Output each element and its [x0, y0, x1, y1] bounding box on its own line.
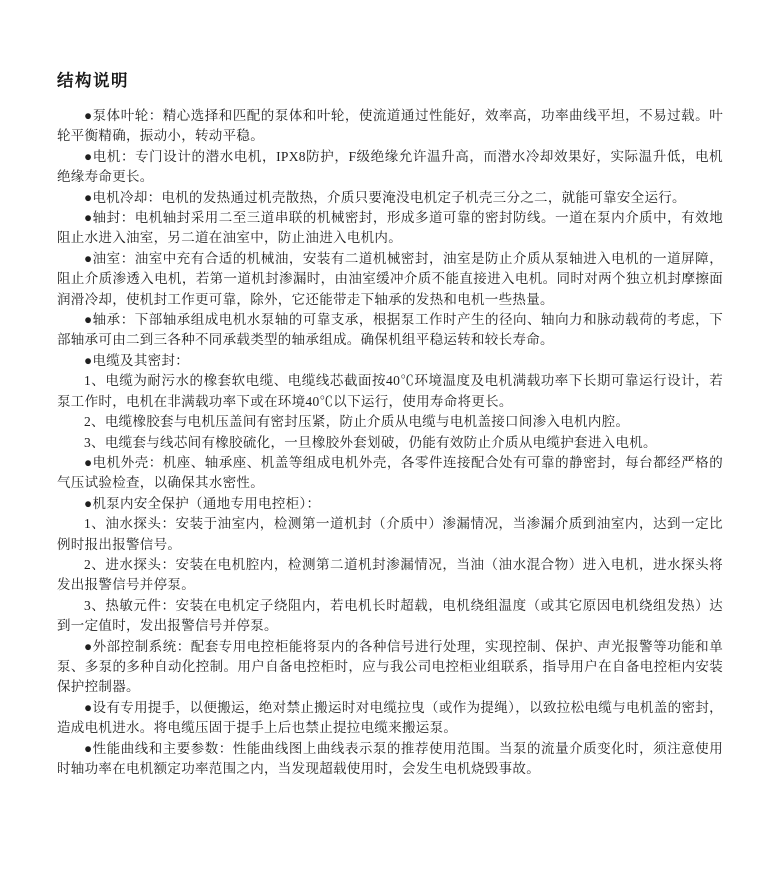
para-oil-chamber: ●油室：油室中充有合适的机械油，安装有二道机械密封，油室是防止介质从泵轴进入电机…	[57, 249, 723, 310]
para-cable-item-1: 1、电缆为耐污水的橡套软电缆、电缆线芯截面按40℃环境温度及电机满载功率下长期可…	[57, 371, 723, 412]
para-cable-seal-heading: ●电缆及其密封：	[57, 351, 723, 371]
document-body: ●泵体叶轮：精心选择和匹配的泵体和叶轮，使流道通过性能好，效率高，功率曲线平坦，…	[57, 106, 723, 779]
para-lifting-handle: ●设有专用提手，以便搬运，绝对禁止搬运时对电缆拉曳（或作为提绳），以致拉松电缆与…	[57, 698, 723, 739]
para-motor-housing: ●电机外壳：机座、轴承座、机盖等组成电机外壳，各零件连接配合处有可靠的静密封，每…	[57, 453, 723, 494]
para-cable-item-2: 2、电缆橡胶套与电机压盖间有密封压紧，防止介质从电缆与电机盖接口间渗入电机内腔。	[57, 412, 723, 432]
para-motor-cooling: ●电机冷却：电机的发热通过机壳散热，介质只要淹没电机定子机壳三分之二，就能可靠安…	[57, 188, 723, 208]
para-thermal-element: 3、热敏元件：安装在电机定子绕阻内，若电机长时超载，电机绕组温度（或其它原因电机…	[57, 596, 723, 637]
para-safety-protection-heading: ●机泵内安全保护（通地专用电控柜）：	[57, 494, 723, 514]
para-pump-body-impeller: ●泵体叶轮：精心选择和匹配的泵体和叶轮，使流道通过性能好，效率高，功率曲线平坦，…	[57, 106, 723, 147]
para-water-ingress-probe: 2、进水探头：安装在电机腔内，检测第二道机封渗漏情况，当油（油水混合物）进入电机…	[57, 555, 723, 596]
page-title: 结构说明	[57, 70, 723, 92]
para-external-control-system: ●外部控制系统：配套专用电控柜能将泵内的各种信号进行处理，实现控制、保护、声光报…	[57, 637, 723, 698]
para-motor: ●电机：专门设计的潜水电机，IPX8防护，F级绝缘允许温升高，而潜水冷却效果好，…	[57, 147, 723, 188]
para-shaft-seal: ●轴封：电机轴封采用二至三道串联的机械密封，形成多道可靠的密封防线。一道在泵内介…	[57, 208, 723, 249]
document-page: 结构说明 ●泵体叶轮：精心选择和匹配的泵体和叶轮，使流道通过性能好，效率高，功率…	[0, 0, 780, 871]
para-performance-curve: ●性能曲线和主要参数：性能曲线图上曲线表示泵的推荐使用范围。当泵的流量介质变化时…	[57, 739, 723, 780]
para-oil-water-probe: 1、油水探头：安装于油室内，检测第一道机封（介质中）渗漏情况，当渗漏介质到油室内…	[57, 514, 723, 555]
para-bearing: ●轴承：下部轴承组成电机水泵轴的可靠支承，根据泵工作时产生的径向、轴向力和脉动载…	[57, 310, 723, 351]
para-cable-item-3: 3、电缆套与线芯间有橡胶硫化，一旦橡胶外套划破，仍能有效防止介质从电缆护套进入电…	[57, 433, 723, 453]
